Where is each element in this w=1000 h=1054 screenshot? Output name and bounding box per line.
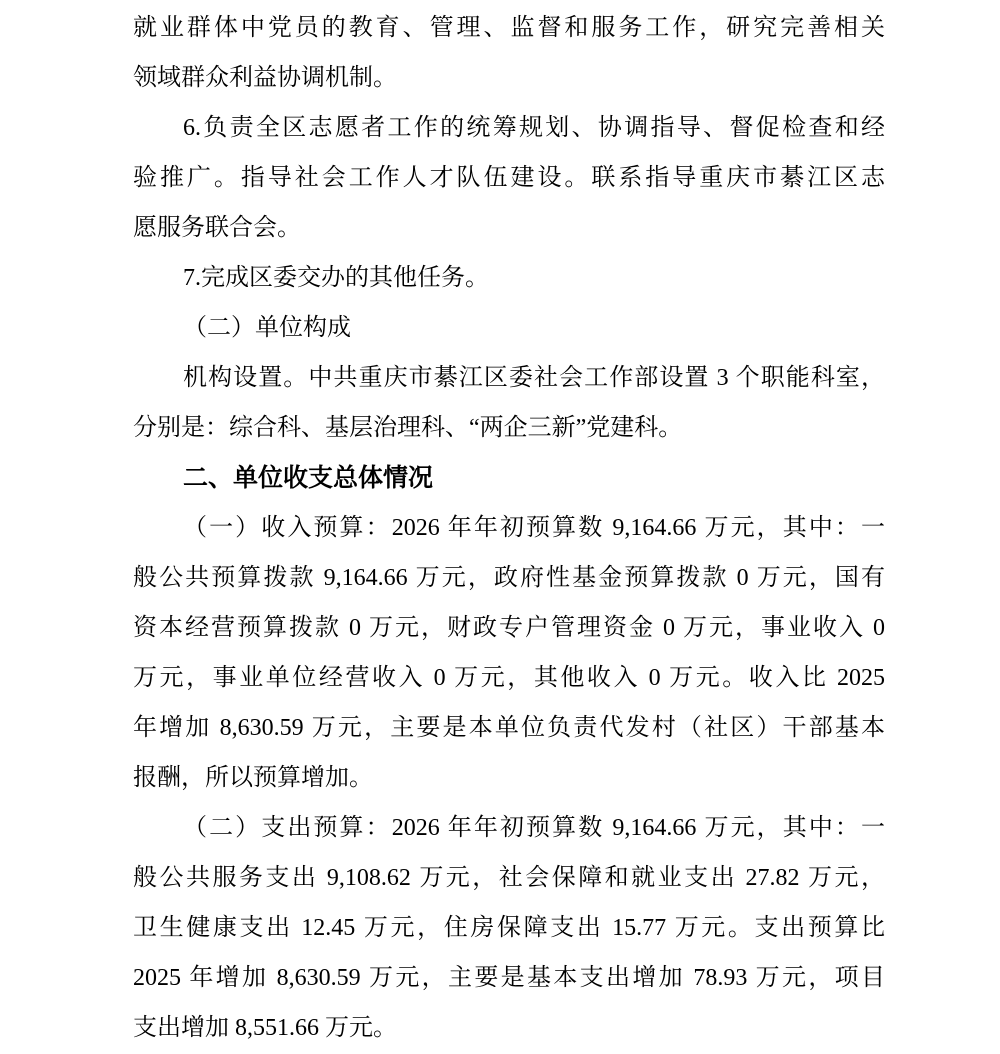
paragraph-continuation: 就业群体中党员的教育、管理、监督和服务工作，研究完善相关领域群众利益协调机制。 [133, 3, 885, 103]
text-line: 分别是：综合科、基层治理科、“两企三新”党建科。 [133, 403, 885, 453]
text-line: （二）支出预算：2026 年年初预算数 9,164.66 万元，其中：一 [133, 803, 885, 853]
section-heading-line: 二、单位收支总体情况 [133, 453, 885, 503]
paragraph-organization: 机构设置。中共重庆市綦江区委社会工作部设置 3 个职能科室，分别是：综合科、基层… [133, 353, 885, 453]
text-line: 万元，事业单位经营收入 0 万元，其他收入 0 万元。收入比 2025 [133, 653, 885, 703]
text-line: 年增加 8,630.59 万元，主要是本单位负责代发村（社区）干部基本 [133, 703, 885, 753]
text-line: 资本经营预算拨款 0 万元，财政专户管理资金 0 万元，事业收入 0 [133, 603, 885, 653]
paragraph-expenditure-budget: （二）支出预算：2026 年年初预算数 9,164.66 万元，其中：一般公共服… [133, 803, 885, 1053]
text-line: 卫生健康支出 12.45 万元，住房保障支出 15.77 万元。支出预算比 [133, 903, 885, 953]
document-body: 就业群体中党员的教育、管理、监督和服务工作，研究完善相关领域群众利益协调机制。6… [133, 3, 885, 1053]
text-line: （二）单位构成 [133, 303, 885, 353]
paragraph-item-6: 6.负责全区志愿者工作的统筹规划、协调指导、督促检查和经验推广。指导社会工作人才… [133, 103, 885, 253]
document-page: 就业群体中党员的教育、管理、监督和服务工作，研究完善相关领域群众利益协调机制。6… [0, 0, 1000, 1054]
text-line: 支出增加 8,551.66 万元。 [133, 1003, 885, 1053]
paragraph-item-7: 7.完成区委交办的其他任务。 [133, 253, 885, 303]
text-line: 2025 年增加 8,630.59 万元，主要是基本支出增加 78.93 万元，… [133, 953, 885, 1003]
text-line: 7.完成区委交办的其他任务。 [133, 253, 885, 303]
text-line: 报酬，所以预算增加。 [133, 753, 885, 803]
text-line: 领域群众利益协调机制。 [133, 53, 885, 103]
text-line: 般公共预算拨款 9,164.66 万元，政府性基金预算拨款 0 万元，国有 [133, 553, 885, 603]
text-line: 机构设置。中共重庆市綦江区委社会工作部设置 3 个职能科室， [133, 353, 885, 403]
subheading-unit-composition: （二）单位构成 [133, 303, 885, 353]
text-line: 愿服务联合会。 [133, 203, 885, 253]
heading-section-2: 二、单位收支总体情况 [133, 453, 885, 503]
text-line: 就业群体中党员的教育、管理、监督和服务工作，研究完善相关 [133, 3, 885, 53]
paragraph-income-budget: （一）收入预算：2026 年年初预算数 9,164.66 万元，其中：一般公共预… [133, 503, 885, 803]
text-line: 6.负责全区志愿者工作的统筹规划、协调指导、督促检查和经 [133, 103, 885, 153]
text-line: 验推广。指导社会工作人才队伍建设。联系指导重庆市綦江区志 [133, 153, 885, 203]
text-line: 般公共服务支出 9,108.62 万元，社会保障和就业支出 27.82 万元， [133, 853, 885, 903]
text-line: （一）收入预算：2026 年年初预算数 9,164.66 万元，其中：一 [133, 503, 885, 553]
